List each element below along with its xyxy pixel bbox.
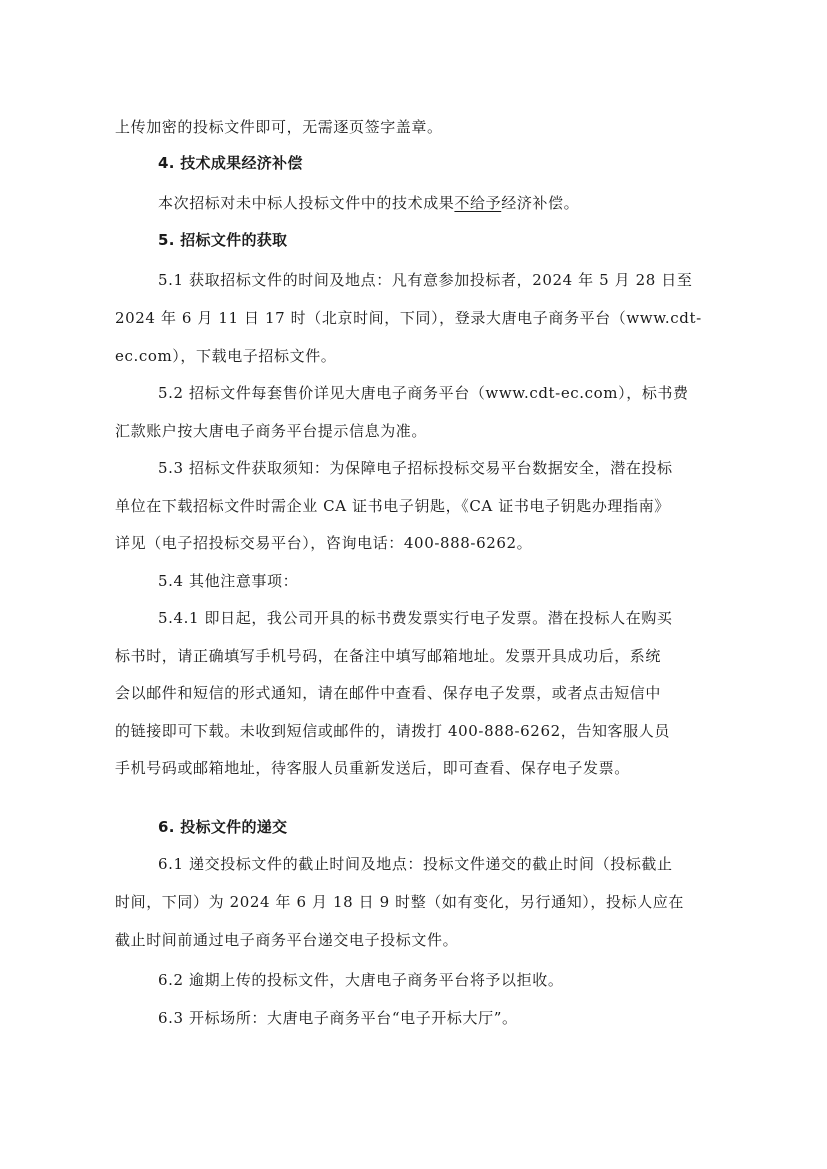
text-span: 本次招标对未中标人投标文件中的技术成果 (158, 194, 454, 212)
paragraph-line: 5.1 获取招标文件的时间及地点：凡有意参加投标者，2024 年 5 月 28 … (158, 270, 692, 290)
paragraph-line: 本次招标对未中标人投标文件中的技术成果不给予经济补偿。 (158, 193, 579, 213)
paragraph-line: 6.2 逾期上传的投标文件，大唐电子商务平台将予以拒收。 (158, 970, 563, 990)
section-heading-4: 4. 技术成果经济补偿 (158, 153, 303, 173)
paragraph-line: 6.1 递交投标文件的截止时间及地点：投标文件递交的截止时间（投标截止 (158, 854, 673, 874)
paragraph-line: 时间，下同）为 2024 年 6 月 18 日 9 时整（如有变化，另行通知），… (115, 892, 684, 912)
paragraph-line: 详见（电子招投标交易平台），咨询电话：400-888-6262。 (115, 533, 532, 553)
paragraph-line: 截止时间前通过电子商务平台递交电子投标文件。 (115, 930, 458, 950)
section-heading-6: 6. 投标文件的递交 (158, 817, 287, 837)
paragraph-line: 汇款账户按大唐电子商务平台提示信息为准。 (115, 421, 427, 441)
paragraph-line: 2024 年 6 月 11 日 17 时（北京时间，下同），登录大唐电子商务平台… (115, 308, 702, 328)
paragraph-line: 会以邮件和短信的形式通知，请在邮件中查看、保存电子发票，或者点击短信中 (115, 683, 661, 703)
paragraph-line: 6.3 开标场所：大唐电子商务平台“电子开标大厅”。 (158, 1008, 518, 1028)
paragraph-line: 5.4 其他注意事项： (158, 571, 298, 591)
text-span: 经济补偿。 (501, 194, 579, 212)
paragraph-line: 5.3 招标文件获取须知：为保障电子招标投标交易平台数据安全，潜在投标 (158, 458, 673, 478)
paragraph-line: 5.4.1 即日起，我公司开具的标书费发票实行电子发票。潜在投标人在购买 (158, 608, 673, 628)
paragraph-line: 上传加密的投标文件即可，无需逐页签字盖章。 (115, 117, 443, 137)
underlined-text: 不给予 (454, 194, 501, 212)
paragraph-line: ec.com），下载电子招标文件。 (115, 346, 336, 366)
paragraph-line: 标书时，请正确填写手机号码，在备注中填写邮箱地址。发票开具成功后，系统 (115, 646, 661, 666)
paragraph-line: 手机号码或邮箱地址，待客服人员重新发送后，即可查看、保存电子发票。 (115, 758, 630, 778)
paragraph-line: 单位在下载招标文件时需企业 CA 证书电子钥匙，《CA 证书电子钥匙办理指南》 (115, 496, 670, 516)
paragraph-line: 5.2 招标文件每套售价详见大唐电子商务平台（www.cdt-ec.com），标… (158, 383, 689, 403)
section-heading-5: 5. 招标文件的获取 (158, 230, 287, 250)
paragraph-line: 的链接即可下载。未收到短信或邮件的，请拨打 400-888-6262，告知客服人… (115, 721, 670, 741)
